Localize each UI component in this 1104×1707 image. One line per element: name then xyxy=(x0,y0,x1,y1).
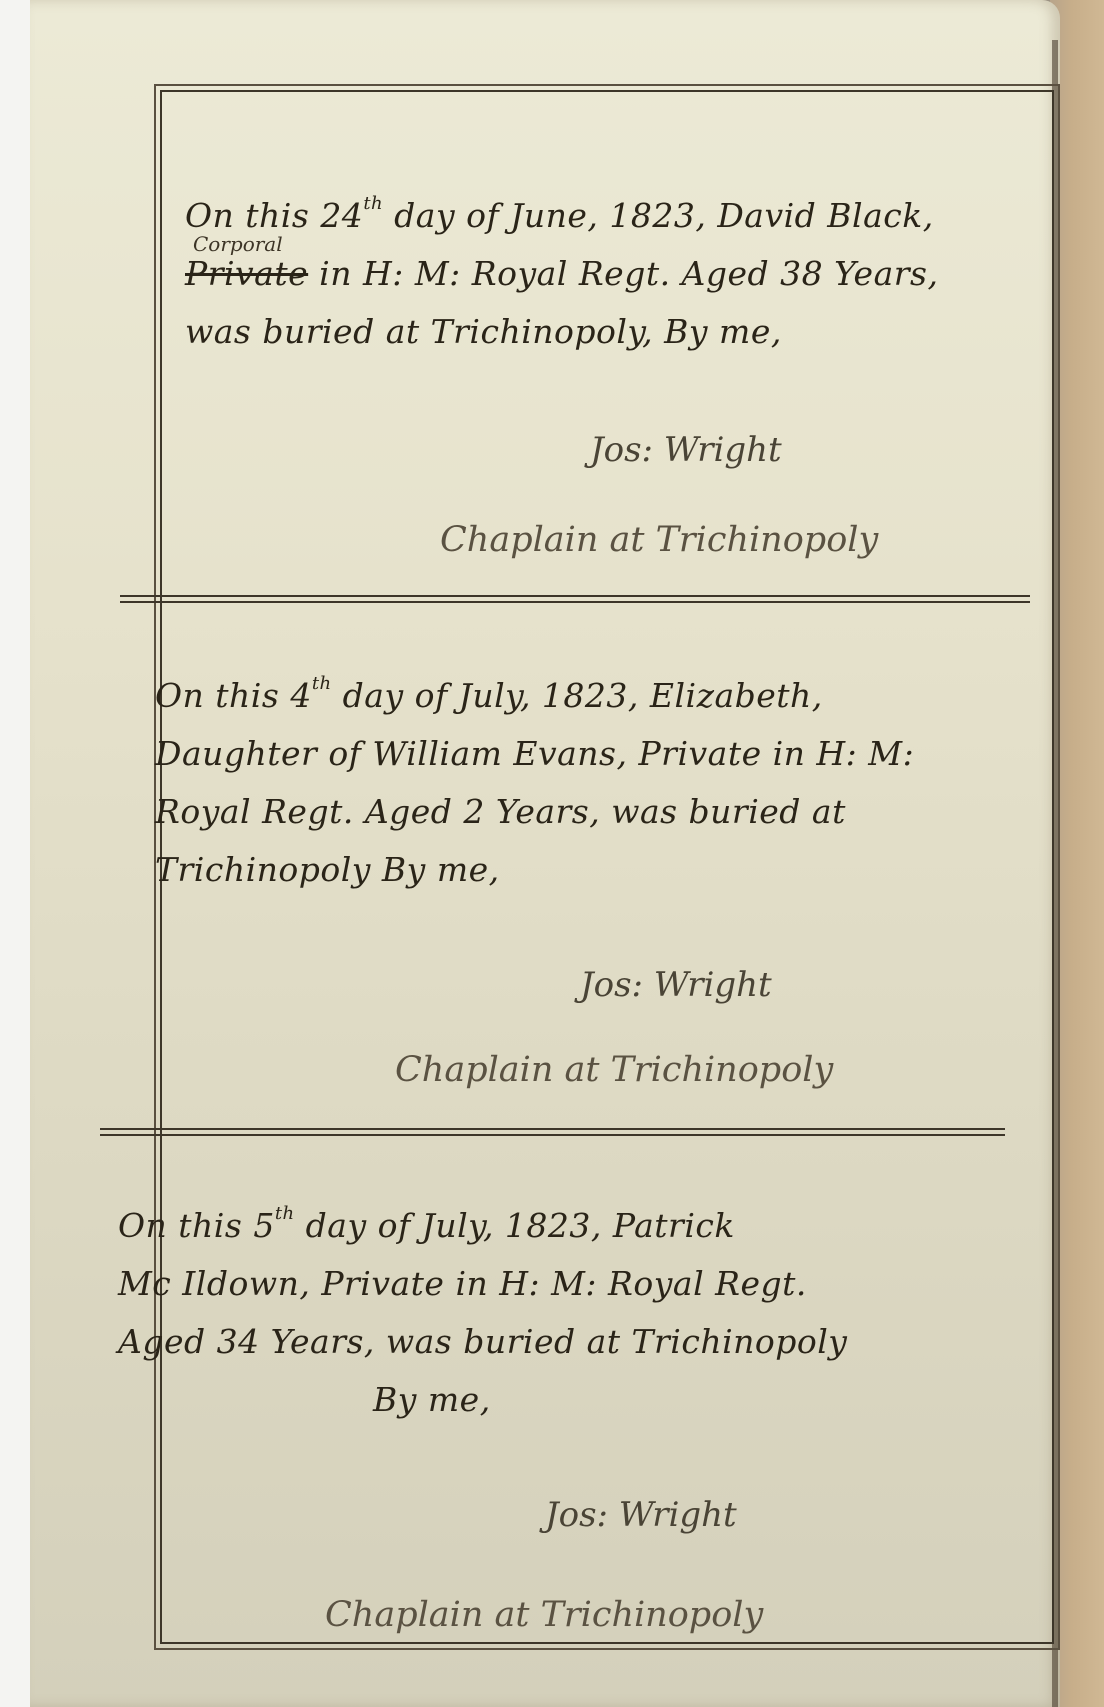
entry-line: was buried at Trichinopoly, By me, xyxy=(185,303,938,361)
entry-text: On this xyxy=(118,1206,242,1245)
interlinear-correction: Corporal xyxy=(193,232,283,256)
entry-line: Royal Regt. Aged 2 Years, was buried at xyxy=(155,783,914,841)
entry-line: Mc Ildown, Private in H: M: Royal Regt. xyxy=(118,1255,847,1313)
entry-divider xyxy=(100,1128,1005,1136)
ordinal-suffix: th xyxy=(363,193,383,214)
entry-line: Aged 34 Years, was buried at Trichinopol… xyxy=(118,1313,847,1371)
ordinal-suffix: th xyxy=(275,1203,295,1224)
burial-entry-1: On this 24th day of June, 1823, David Bl… xyxy=(185,175,938,361)
chaplain-signature: Jos: Wright xyxy=(590,430,782,470)
entry-line: Daughter of William Evans, Private in H:… xyxy=(155,725,914,783)
chaplain-title: Chaplain at Trichinopoly xyxy=(440,520,878,560)
entry-divider xyxy=(120,595,1030,603)
ordinal-suffix: th xyxy=(312,673,332,694)
entry-line: On this 4th day of July, 1823, Elizabeth… xyxy=(155,655,914,725)
entry-day: 24 xyxy=(320,196,363,235)
chaplain-signature: Jos: Wright xyxy=(580,965,772,1005)
entry-line: Private in H: M: Royal Regt. Aged 38 Yea… xyxy=(185,245,938,303)
entry-text: in H: M: Royal Regt. Aged 38 Years, xyxy=(319,254,938,293)
chaplain-signature: Jos: Wright xyxy=(545,1495,737,1535)
struck-out-word: Private xyxy=(185,254,308,293)
burial-entry-3: On this 5th day of July, 1823, Patrick M… xyxy=(118,1185,847,1429)
burial-entry-2: On this 4th day of July, 1823, Elizabeth… xyxy=(155,655,914,899)
chaplain-title: Chaplain at Trichinopoly xyxy=(395,1050,833,1090)
entry-line: Trichinopoly By me, xyxy=(155,841,914,899)
entry-line: On this 5th day of July, 1823, Patrick xyxy=(118,1185,847,1255)
entry-text: day of July, 1823, Patrick xyxy=(306,1206,735,1245)
entry-day: 5 xyxy=(253,1206,275,1245)
entry-text: On this xyxy=(185,196,309,235)
entry-day: 4 xyxy=(290,676,312,715)
entry-line: On this 24th day of June, 1823, David Bl… xyxy=(185,175,938,245)
entry-text: On this xyxy=(155,676,279,715)
entry-line: By me, xyxy=(118,1371,847,1429)
entry-text: day of June, 1823, David Black, xyxy=(394,196,934,235)
chaplain-title: Chaplain at Trichinopoly xyxy=(325,1595,763,1635)
entry-text: day of July, 1823, Elizabeth, xyxy=(343,676,823,715)
